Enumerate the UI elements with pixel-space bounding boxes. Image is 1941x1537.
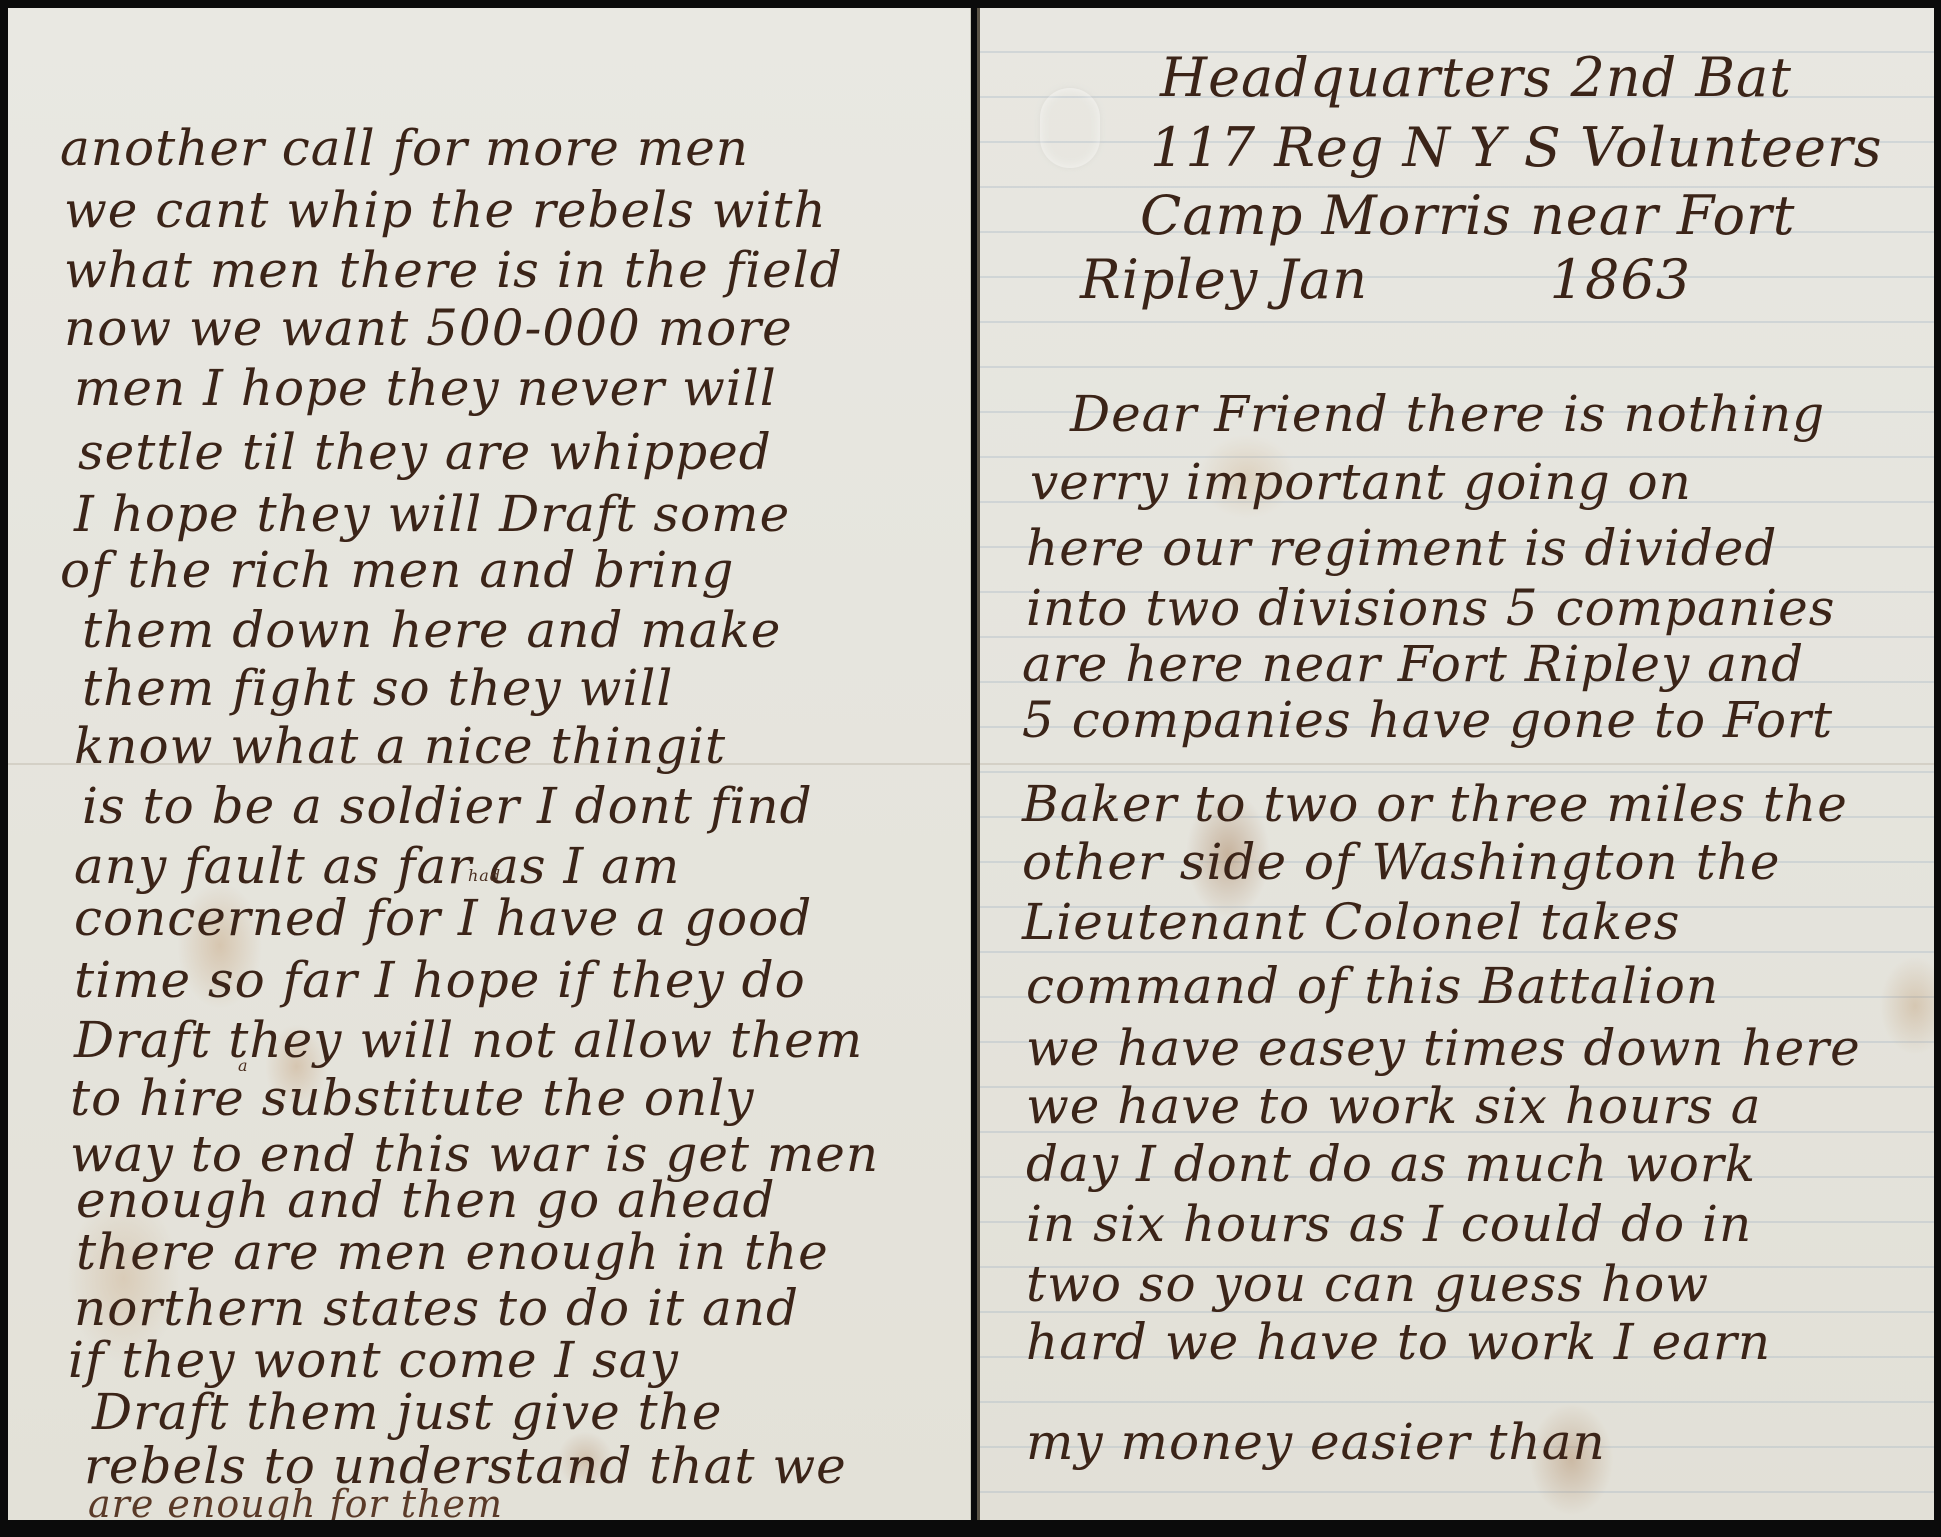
text-line: verry important going on xyxy=(1030,452,1692,512)
text-line: is to be a soldier I dont find xyxy=(82,776,813,836)
text-line: command of this Battalion xyxy=(1026,956,1719,1016)
left-page: another call for more men we cant whip t… xyxy=(8,8,971,1520)
text-line: what men there is in the field xyxy=(64,240,843,300)
heading-line: Headquarters 2nd Bat xyxy=(1160,48,1792,108)
text-line: are enough for them xyxy=(88,1474,503,1520)
letter-spread: another call for more men we cant whip t… xyxy=(0,8,1941,1520)
text-line: Dear Friend there is nothing xyxy=(1070,384,1825,444)
text-line: here our regiment is divided xyxy=(1026,518,1777,578)
text-line: we have to work six hours a xyxy=(1026,1076,1762,1136)
text-line: any fault as far as I am xyxy=(74,836,680,896)
text-line: we cant whip the rebels with xyxy=(64,180,827,240)
text-line: other side of Washington the xyxy=(1022,832,1781,892)
text-line: if they wont come I say xyxy=(68,1330,679,1390)
text-line: now we want 500-000 more xyxy=(64,298,793,358)
heading-line: Camp Morris near Fort xyxy=(1140,186,1795,246)
date-line: Ripley Jan 1863 xyxy=(1080,250,1691,310)
text-line: my money easier than xyxy=(1026,1412,1606,1472)
text-line: them down here and make xyxy=(82,600,781,660)
text-line: another call for more men xyxy=(60,118,749,178)
text-line: Lieutenant Colonel takes xyxy=(1022,892,1680,952)
text-line: settle til they are whipped xyxy=(78,422,772,482)
right-page: Headquarters 2nd Bat 117 Reg N Y S Volun… xyxy=(977,8,1934,1520)
text-line: Baker to two or three miles the xyxy=(1022,774,1848,834)
text-line: two so you can guess how xyxy=(1026,1254,1709,1314)
text-line: to hire substitute the only xyxy=(70,1068,754,1128)
fold-line xyxy=(980,763,1934,765)
text-line: time so far I hope if they do xyxy=(74,950,806,1010)
text-line: I hope they will Draft some xyxy=(74,484,790,544)
text-line: of the rich men and bring xyxy=(60,540,734,600)
text-line: enough and then go ahead xyxy=(76,1170,776,1230)
heading-line: 117 Reg N Y S Volunteers xyxy=(1150,118,1883,178)
text-line: are here near Fort Ripley and xyxy=(1022,634,1804,694)
text-line: concerned for I have a good xyxy=(74,888,812,948)
text-line: day I dont do as much work xyxy=(1026,1134,1756,1194)
text-line: into two divisions 5 companies xyxy=(1026,578,1835,638)
text-line: northern states to do it and xyxy=(74,1278,799,1338)
text-line: 5 companies have gone to Fort xyxy=(1022,690,1833,750)
text-line: there are men enough in the xyxy=(76,1222,829,1282)
text-line: Draft they will not allow them xyxy=(74,1010,863,1070)
text-line: them fight so they will xyxy=(82,658,673,718)
text-line: hard we have to work I earn xyxy=(1026,1312,1771,1372)
text-line: men I hope they never will xyxy=(74,358,777,418)
text-line: in six hours as I could do in xyxy=(1026,1194,1752,1254)
paper-emboss-mark xyxy=(1040,88,1100,168)
text-line: we have easey times down here xyxy=(1026,1018,1861,1078)
text-line: Draft them just give the xyxy=(92,1382,722,1442)
text-line: know what a nice thingit xyxy=(74,716,726,776)
insertion-had: had xyxy=(468,866,501,885)
